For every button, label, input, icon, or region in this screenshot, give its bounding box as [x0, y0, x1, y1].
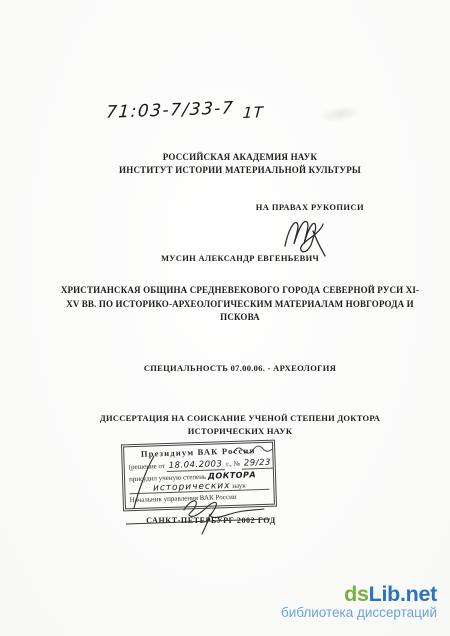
dissertation-type: ДИССЕРТАЦИЯ НА СОИСКАНИЕ УЧЕНОЙ СТЕПЕНИ … [30, 412, 450, 438]
title-line: XV ВВ. ПО ИСТОРИКО-АРХЕОЛОГИЧЕСКИМ МАТЕР… [30, 298, 450, 312]
institute-name: ИНСТИТУТ ИСТОРИИ МАТЕРИАЛЬНОЙ КУЛЬТУРЫ [30, 164, 450, 177]
specialty-line: СПЕЦИАЛЬНОСТЬ 07.00.06. - АРХЕОЛОГИЯ [30, 363, 450, 373]
pen-stroke-icon [126, 454, 160, 510]
pen-stroke [126, 454, 160, 510]
author-name: МУСИН АЛЕКСАНДР ЕВГЕНЬЕВИЧ [30, 253, 450, 263]
scanned-title-page: 71:03-7/33-71Т РОССИЙСКАЯ АКАДЕМИЯ НАУК … [0, 0, 450, 636]
stamp-decision-date: 18.04.2003 [167, 459, 225, 472]
strike-line [123, 515, 273, 527]
author-signature-icon [282, 211, 336, 257]
title-line: ПСКОВА [30, 311, 450, 325]
stamp-decision-mid: г., № [226, 459, 240, 467]
scribble-icon [231, 443, 275, 457]
inventory-number-main: 71:03-7/33-7 [105, 98, 235, 123]
dslib-logo-ds: ds [344, 582, 369, 606]
dissertation-type-line: ДИССЕРТАЦИЯ НА СОИСКАНИЕ УЧЕНОЙ СТЕПЕНИ … [30, 412, 450, 425]
inventory-number-suffix: 1Т [242, 103, 264, 122]
stamp-field-suffix: наук [232, 482, 246, 490]
dslib-subtitle: библиотека диссертаций [281, 605, 437, 620]
author-signature [282, 211, 336, 257]
dslib-logo: dsLib.net [281, 584, 437, 604]
scan-smudge [317, 103, 363, 125]
stamp-decision-number: 29/23 [242, 457, 273, 469]
dissertation-type-line: ИСТОРИЧЕСКИХ НАУК [30, 425, 450, 438]
organization-block: РОССИЙСКАЯ АКАДЕМИЯ НАУК ИНСТИТУТ ИСТОРИ… [30, 151, 450, 177]
dslib-watermark: dsLib.net библиотека диссертаций [281, 584, 437, 620]
stamp-header-scribble [231, 443, 275, 457]
inventory-number: 71:03-7/33-71Т [105, 97, 264, 123]
dslib-logo-libnet: Lib.net [369, 582, 437, 606]
title-line: ХРИСТИАНСКАЯ ОБЩИНА СРЕДНЕВЕКОВОГО ГОРОД… [30, 284, 450, 298]
dissertation-title: ХРИСТИАНСКАЯ ОБЩИНА СРЕДНЕВЕКОВОГО ГОРОД… [30, 284, 450, 325]
stamp-degree-value: ДОКТОРА [208, 470, 257, 481]
stamp-field-handwritten: исторических [153, 481, 231, 493]
academy-name: РОССИЙСКАЯ АКАДЕМИЯ НАУК [30, 151, 450, 164]
strike-line-icon [123, 515, 273, 527]
